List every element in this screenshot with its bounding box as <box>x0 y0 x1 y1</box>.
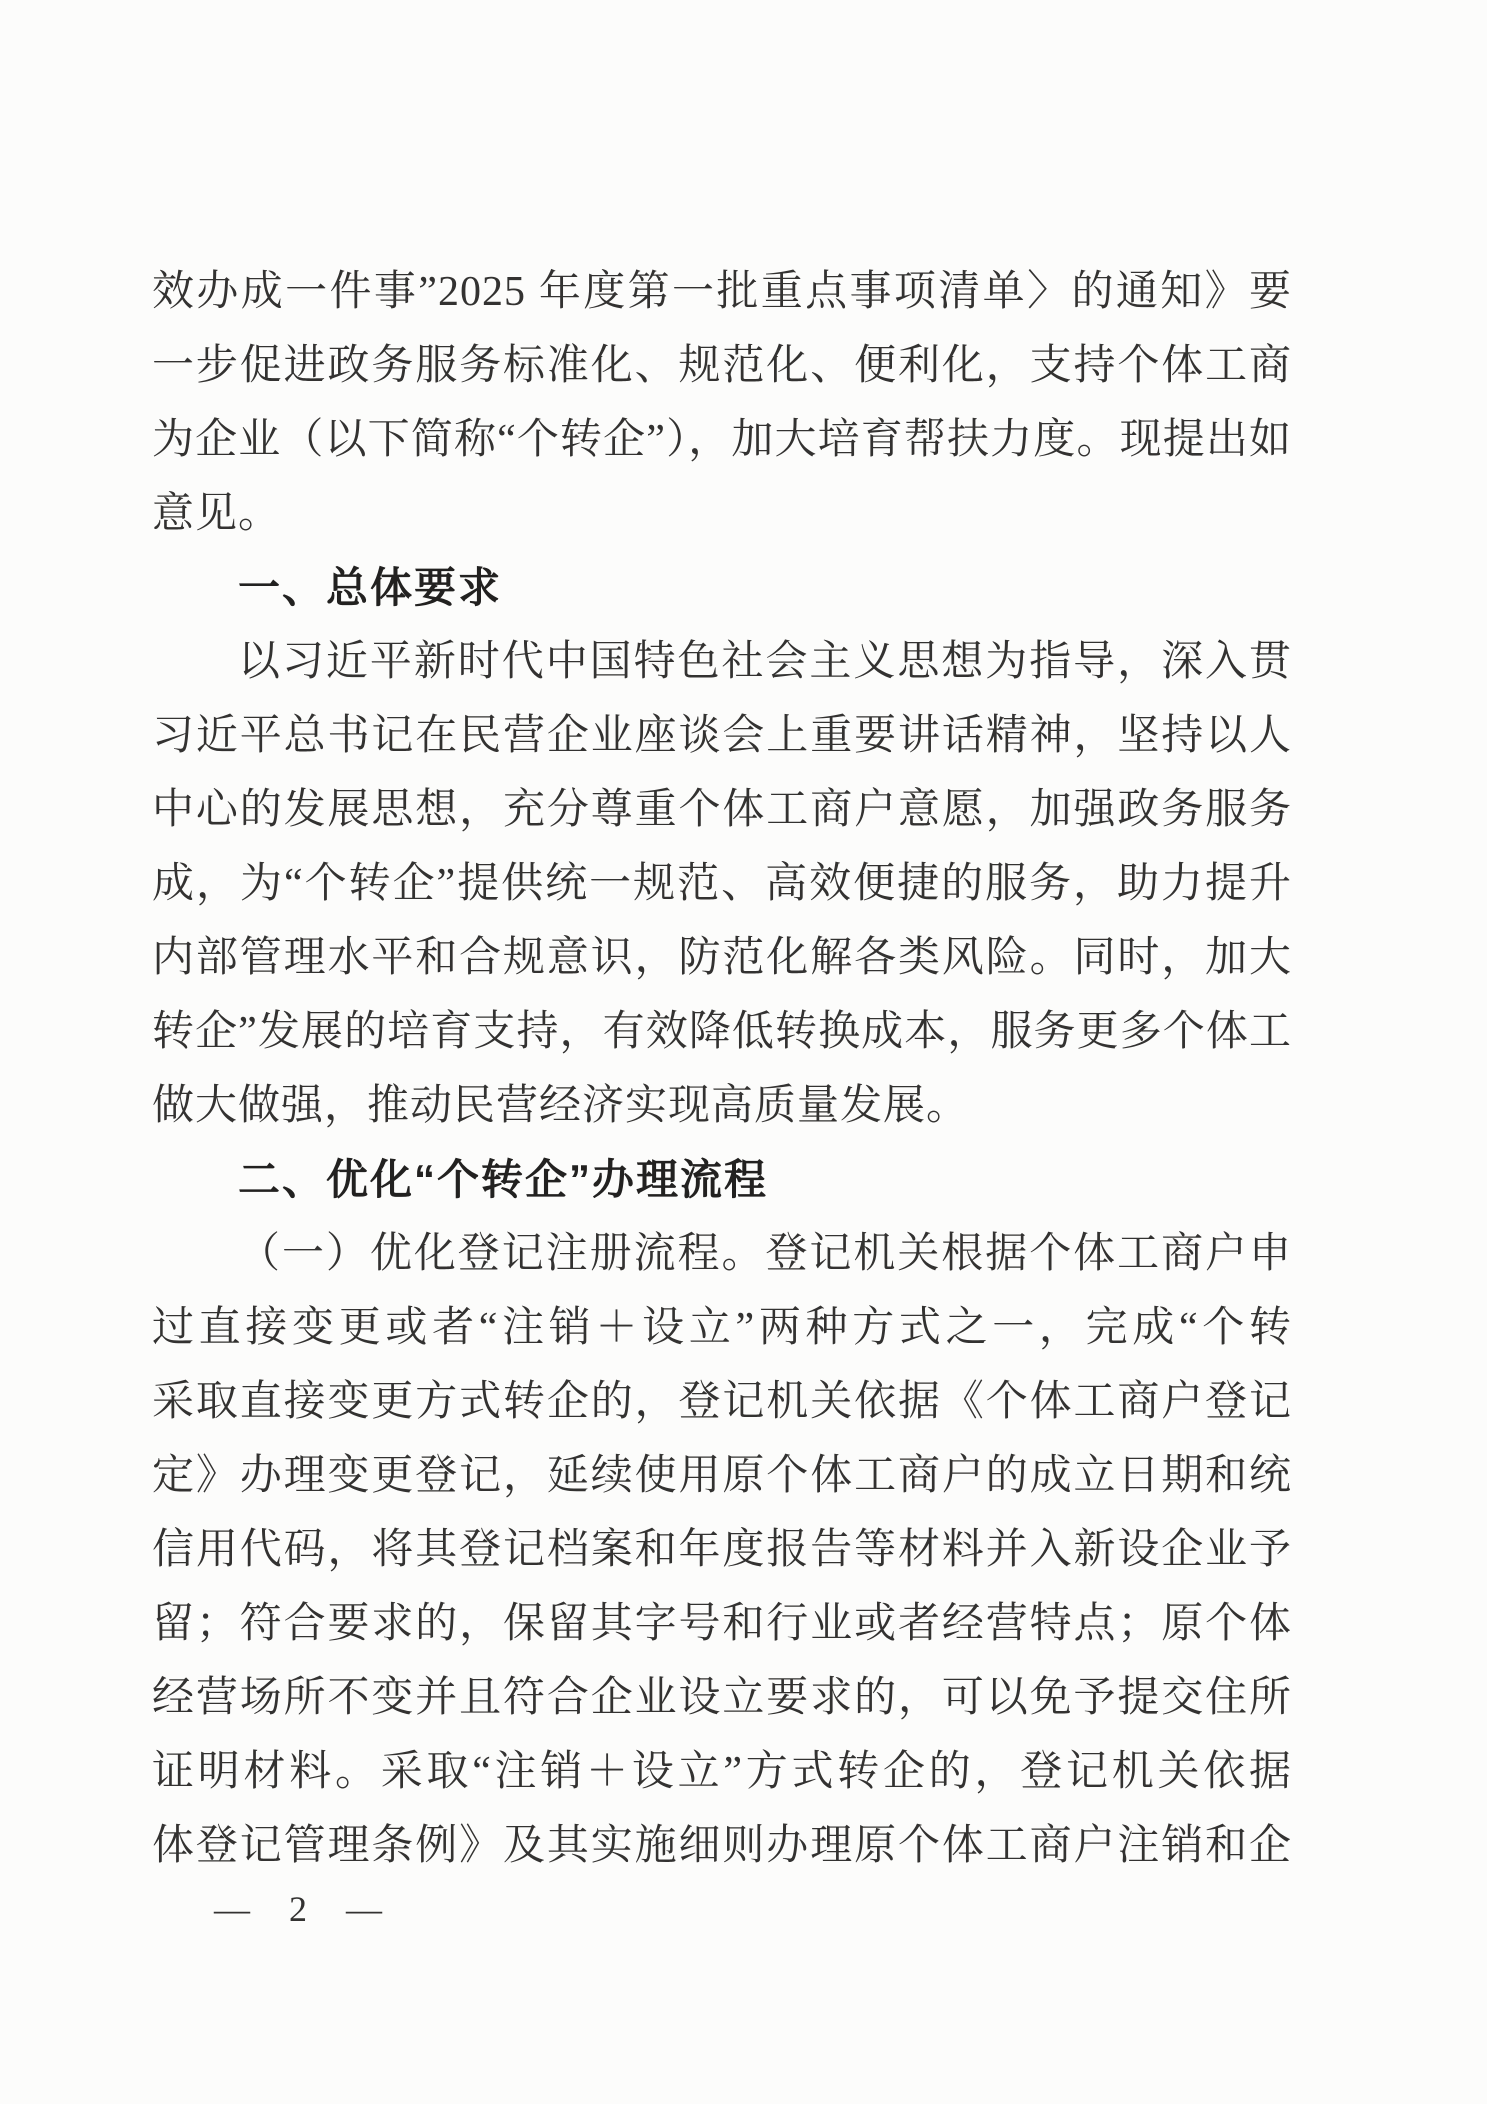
text-line: 以习近平新时代中国特色社会主义思想为指导，深入贯彻 <box>152 625 1292 699</box>
text-line: 内部管理水平和合规意识，防范化解各类风险。同时，加大对“个 <box>152 921 1292 995</box>
text-line: 做大做强，推动民营经济实现高质量发展。 <box>152 1069 1292 1143</box>
text-line: 留；符合要求的，保留其字号和行业或者经营特点；原个体工商户 <box>152 1587 1292 1661</box>
text-line: 证明材料。采取“注销＋设立”方式转企的，登记机关依据《市场主 <box>152 1735 1292 1809</box>
text-line: 采取直接变更方式转企的，登记机关依据《个体工商户登记管理规 <box>152 1365 1292 1439</box>
section-heading: 二、优化“个转企”办理流程 <box>152 1143 1292 1217</box>
page-footer: — 2 — <box>214 1884 384 1934</box>
section-heading: 一、总体要求 <box>152 551 1292 625</box>
text-line: 信用代码，将其登记档案和年度报告等材料并入新设企业予以保 <box>152 1513 1292 1587</box>
document-body: 效办成一件事”2025 年度第一批重点事项清单〉的通知》要求，进一步促进政务服务… <box>152 255 1292 1883</box>
text-line: （一）优化登记注册流程。登记机关根据个体工商户申请，通 <box>152 1217 1292 1291</box>
text-line: 习近平总书记在民营企业座谈会上重要讲话精神，坚持以人民为 <box>152 699 1292 773</box>
text-line: 转企”发展的培育支持，有效降低转换成本，服务更多个体工商户 <box>152 995 1292 1069</box>
text-line: 成，为“个转企”提供统一规范、高效便捷的服务，助力提升转企后 <box>152 847 1292 921</box>
text-line: 意见。 <box>152 477 1292 551</box>
text-line: 效办成一件事”2025 年度第一批重点事项清单〉的通知》要求，进 <box>152 255 1292 329</box>
document-page: 效办成一件事”2025 年度第一批重点事项清单〉的通知》要求，进一步促进政务服务… <box>0 0 1487 2104</box>
text-line: 经营场所不变并且符合企业设立要求的，可以免予提交住所使用 <box>152 1661 1292 1735</box>
page-number: — 2 — <box>214 1889 384 1929</box>
text-line: 中心的发展思想，充分尊重个体工商户意愿，加强政务服务系统集 <box>152 773 1292 847</box>
text-line: 一步促进政务服务标准化、规范化、便利化，支持个体工商户转型 <box>152 329 1292 403</box>
text-line: 过直接变更或者“注销＋设立”两种方式之一，完成“个转企”登记。 <box>152 1291 1292 1365</box>
text-line: 定》办理变更登记，延续使用原个体工商户的成立日期和统一社会 <box>152 1439 1292 1513</box>
text-line: 为企业（以下简称“个转企”），加大培育帮扶力度。现提出如下 <box>152 403 1292 477</box>
text-line: 体登记管理条例》及其实施细则办理原个体工商户注销和企业设 <box>152 1809 1292 1883</box>
